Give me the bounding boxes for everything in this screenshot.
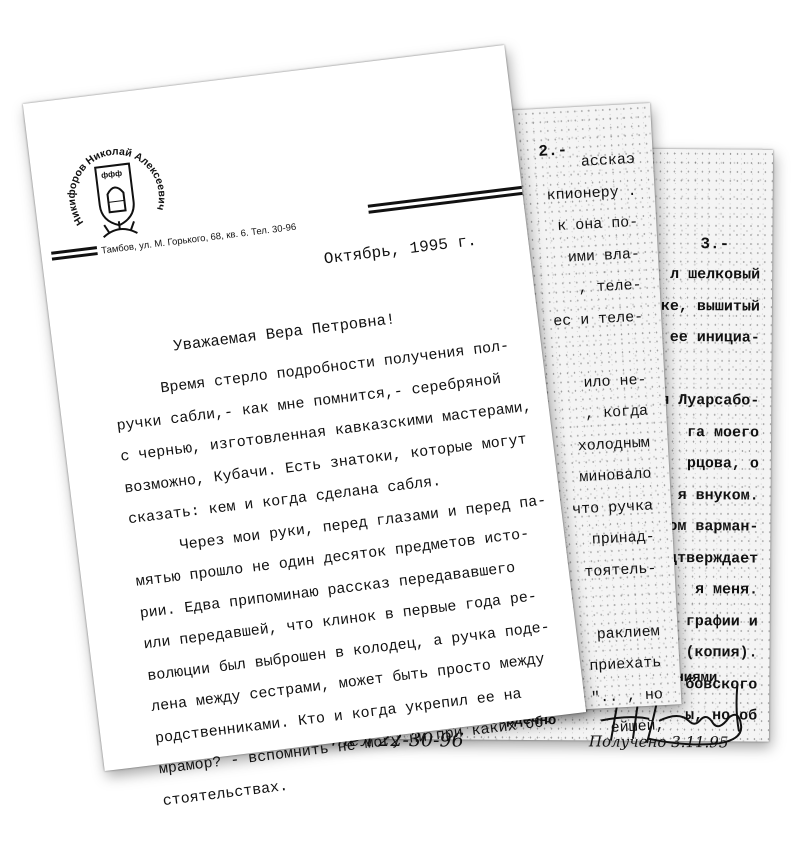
text-line: тоятель- [566, 553, 658, 589]
page-number: 3.- [700, 229, 729, 261]
svg-text:ффф: ффф [101, 169, 123, 180]
text-line [660, 353, 759, 385]
svg-text:Никифоров Николай Алексеевич: Никифоров Николай Алексеевич [60, 140, 171, 229]
text-line: асскаэ [544, 144, 636, 180]
text-line [554, 333, 646, 369]
text-line: рцова, о [660, 448, 759, 480]
text-line: ейшей, [574, 710, 666, 746]
letter-date: Октябрь, 1995 г. [322, 226, 478, 276]
letter-body: Время стерло подробности получения пол-р… [111, 329, 579, 818]
letter-page-1: Никифоров Николай Алексеевич ффф Тамбов,… [23, 45, 586, 771]
text-line: приехать [571, 647, 663, 683]
letterhead-rule-right [368, 186, 523, 214]
text-line: я внуком. [660, 479, 759, 511]
text-line: ".. , но [572, 679, 664, 715]
text-line: к она по- [548, 207, 640, 243]
text-line: ило не- [556, 364, 648, 400]
text-line: л шелковый [661, 259, 760, 291]
text-line [567, 584, 659, 620]
text-line: раклием [569, 616, 661, 652]
text-line: ном варман- [659, 511, 758, 543]
text-line: ими вла- [549, 238, 641, 274]
text-line: га моего [660, 416, 759, 448]
text-line: миновало [561, 458, 653, 494]
text-line: , теле- [551, 270, 643, 306]
text-line: ес и теле- [552, 301, 644, 337]
text-line: ке, вышитый [661, 290, 760, 322]
text-line: я Луарсабо- [660, 385, 759, 417]
text-line: ее инициа- [661, 322, 760, 354]
text-line: что ручка [562, 490, 654, 526]
text-line: холодным [559, 427, 651, 463]
text-line: кпионеру . [546, 175, 638, 211]
text-line: , когда [557, 396, 649, 432]
text-line: принад- [564, 521, 656, 557]
